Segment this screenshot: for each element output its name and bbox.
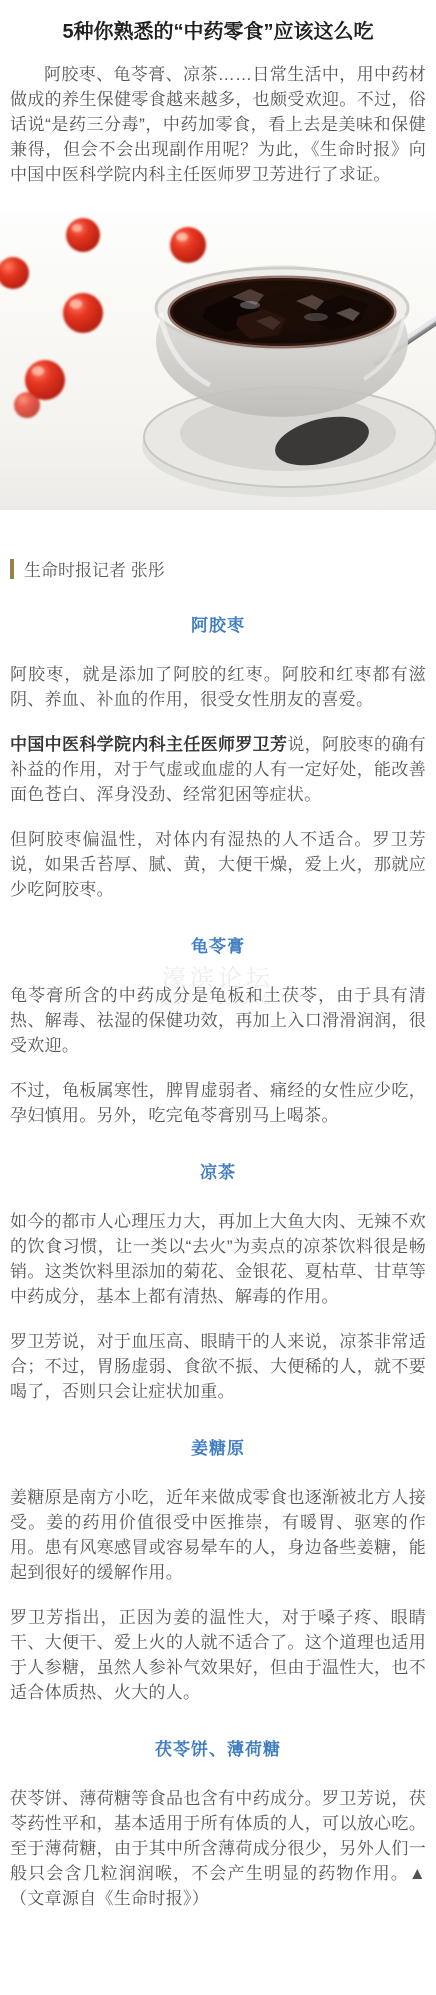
byline: 生命时报记者 张彤 bbox=[10, 556, 426, 581]
paragraph: 中国中医科学院内科主任医师罗卫芳说，阿胶枣的确有补益的作用，对于气虚或血虚的人有… bbox=[10, 732, 426, 807]
glass-bowl bbox=[156, 265, 408, 417]
guilinggao-photo bbox=[0, 213, 436, 510]
doctor-title-bold: 中国中医科学院内科主任医师罗卫芳 bbox=[10, 735, 287, 754]
article-hero-image bbox=[0, 213, 436, 510]
section-ejiao-date: 阿胶枣 阿胶枣，就是添加了阿胶的红枣。阿胶和红枣都有滋阴、养血、补血的作用，很受… bbox=[10, 611, 426, 902]
herbal-jelly bbox=[170, 278, 394, 346]
paragraph: 罗卫芳指出，正因为姜的温性大，对于嗓子疼、眼睛干、大便干、爱上火的人就不适合了。… bbox=[10, 1605, 426, 1705]
paragraph: 阿胶枣，就是添加了阿胶的红枣。阿胶和红枣都有滋阴、养血、补血的作用，很受女性朋友… bbox=[10, 662, 426, 712]
paragraph: 罗卫芳说，对于血压高、眼睛干的人来说，凉茶非常适合；不过，胃肠虚弱、食欲不振、大… bbox=[10, 1329, 426, 1404]
section-guilinggao: 龟苓膏 濠滨论坛 BBS.0513.ORG 龟苓膏所含的中药成分是龟板和土茯苓，… bbox=[10, 932, 426, 1128]
paragraph: 不过，龟板属寒性，脾胃虚弱者、痛经的女性应少吃，孕妇慎用。另外，吃完龟苓膏别马上… bbox=[10, 1078, 426, 1128]
article-page: 5种你熟悉的“中药零食”应该这么吃 阿胶枣、龟苓膏、凉茶……日常生活中，用中药材… bbox=[0, 0, 436, 1995]
paragraph: 龟苓膏所含的中药成分是龟板和土茯苓，由于具有清热、解毒、祛湿的保健功效，再加上入… bbox=[10, 983, 426, 1058]
section-heading-fulingbing-bohetang: 茯苓饼、薄荷糖 bbox=[10, 1735, 426, 1760]
paragraph: 如今的都市人心理压力大，再加上大鱼大肉、无辣不欢的饮食习惯，让一类以“去火”为卖… bbox=[10, 1209, 426, 1309]
byline-text: 生命时报记者 张彤 bbox=[24, 556, 165, 581]
byline-accent-bar bbox=[10, 559, 14, 579]
section-jiangtang: 姜糖原 姜糖原是南方小吃，近年来做成零食也逐渐被北方人接受。姜的药用价值很受中医… bbox=[10, 1434, 426, 1705]
page-title: 5种你熟悉的“中药零食”应该这么吃 bbox=[16, 18, 420, 46]
section-heading-ejiao-date: 阿胶枣 bbox=[10, 611, 426, 636]
paragraph: 但阿胶枣偏温性，对体内有湿热的人不适合。罗卫芳说，如果舌苔厚、腻、黄，大便干燥，… bbox=[10, 827, 426, 902]
section-heading-guilinggao: 龟苓膏 bbox=[10, 932, 426, 957]
section-heading-liangcha: 凉茶 bbox=[10, 1158, 426, 1183]
paragraph: 姜糖原是南方小吃，近年来做成零食也逐渐被北方人接受。姜的药用价值很受中医推崇，有… bbox=[10, 1485, 426, 1585]
section-heading-jiangtang: 姜糖原 bbox=[10, 1434, 426, 1459]
intro-paragraph: 阿胶枣、龟苓膏、凉茶……日常生活中，用中药材做成的养生保健零食越来越多，也颇受欢… bbox=[10, 62, 426, 187]
section-liangcha: 凉茶 如今的都市人心理压力大，再加上大鱼大肉、无辣不欢的饮食习惯，让一类以“去火… bbox=[10, 1158, 426, 1404]
paragraph: 茯苓饼、薄荷糖等食品也含有中药成分。罗卫芳说，茯苓药性平和，基本适用于所有体质的… bbox=[10, 1786, 426, 1911]
section-fulingbing-bohetang: 茯苓饼、薄荷糖 茯苓饼、薄荷糖等食品也含有中药成分。罗卫芳说，茯苓药性平和，基本… bbox=[10, 1735, 426, 1911]
